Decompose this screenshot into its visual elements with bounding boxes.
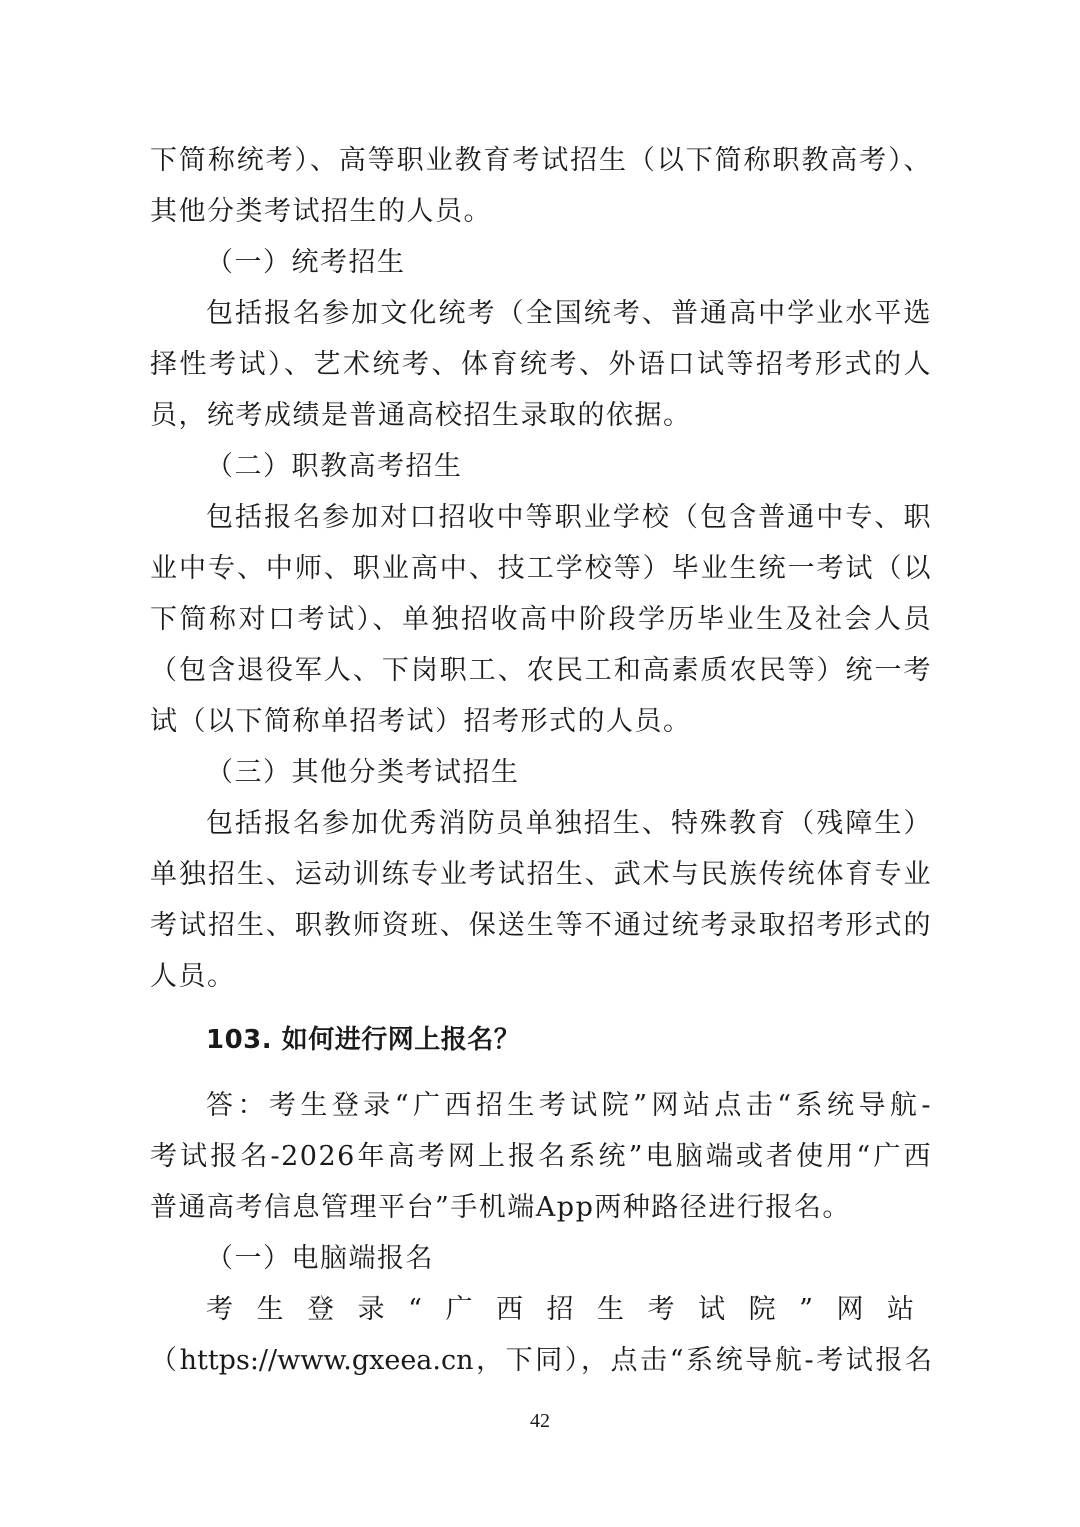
- paragraph-line: 考生登录“广西招生考试院”网站: [206, 1293, 932, 1327]
- paragraph-line: 业中专、中师、职业高中、技工学校等）毕业生统一考试（以: [150, 552, 932, 586]
- paragraph-line: 试（以下简称单招考试）招考形式的人员。: [150, 705, 932, 739]
- page-number: 42: [0, 1410, 1080, 1433]
- section-heading: （一）统考招生: [206, 246, 932, 280]
- paragraph-line: （https://www.gxeea.cn，下同），点击“系统导航-考试报名: [150, 1344, 932, 1378]
- paragraph-line: 人员。: [150, 960, 932, 994]
- paragraph-line: 包括报名参加文化统考（全国统考、普通高中学业水平选: [206, 297, 932, 331]
- section-heading: （二）职教高考招生: [206, 450, 932, 484]
- paragraph-line: 下简称对口考试）、单独招收高中阶段学历毕业生及社会人员: [150, 603, 932, 637]
- question-heading: 103. 如何进行网上报名？: [206, 1023, 988, 1057]
- section-heading: （一）电脑端报名: [206, 1242, 932, 1276]
- paragraph-line: 包括报名参加对口招收中等职业学校（包含普通中专、职: [206, 501, 932, 535]
- section-heading: （三）其他分类考试招生: [206, 756, 932, 790]
- paragraph-line: 答：考生登录“广西招生考试院”网站点击“系统导航-: [206, 1089, 932, 1123]
- paragraph-line: 包括报名参加优秀消防员单独招生、特殊教育（残障生）: [206, 807, 932, 841]
- paragraph-line: 考试招生、职教师资班、保送生等不通过统考录取招考形式的: [150, 909, 932, 943]
- paragraph-line: 其他分类考试招生的人员。: [150, 195, 932, 229]
- paragraph-line: 普通高考信息管理平台”手机端App两种路径进行报名。: [150, 1191, 932, 1225]
- paragraph-line: 考试报名-2026年高考网上报名系统”电脑端或者使用“广西: [150, 1140, 932, 1174]
- paragraph-line: 员，统考成绩是普通高校招生录取的依据。: [150, 399, 932, 433]
- paragraph-line: 下简称统考）、高等职业教育考试招生（以下简称职教高考）、: [150, 144, 932, 178]
- paragraph-line: 择性考试）、艺术统考、体育统考、外语口试等招考形式的人: [150, 348, 932, 382]
- paragraph-line: 单独招生、运动训练专业考试招生、武术与民族传统体育专业: [150, 858, 932, 892]
- paragraph-line: （包含退役军人、下岗职工、农民工和高素质农民等）统一考: [150, 654, 932, 688]
